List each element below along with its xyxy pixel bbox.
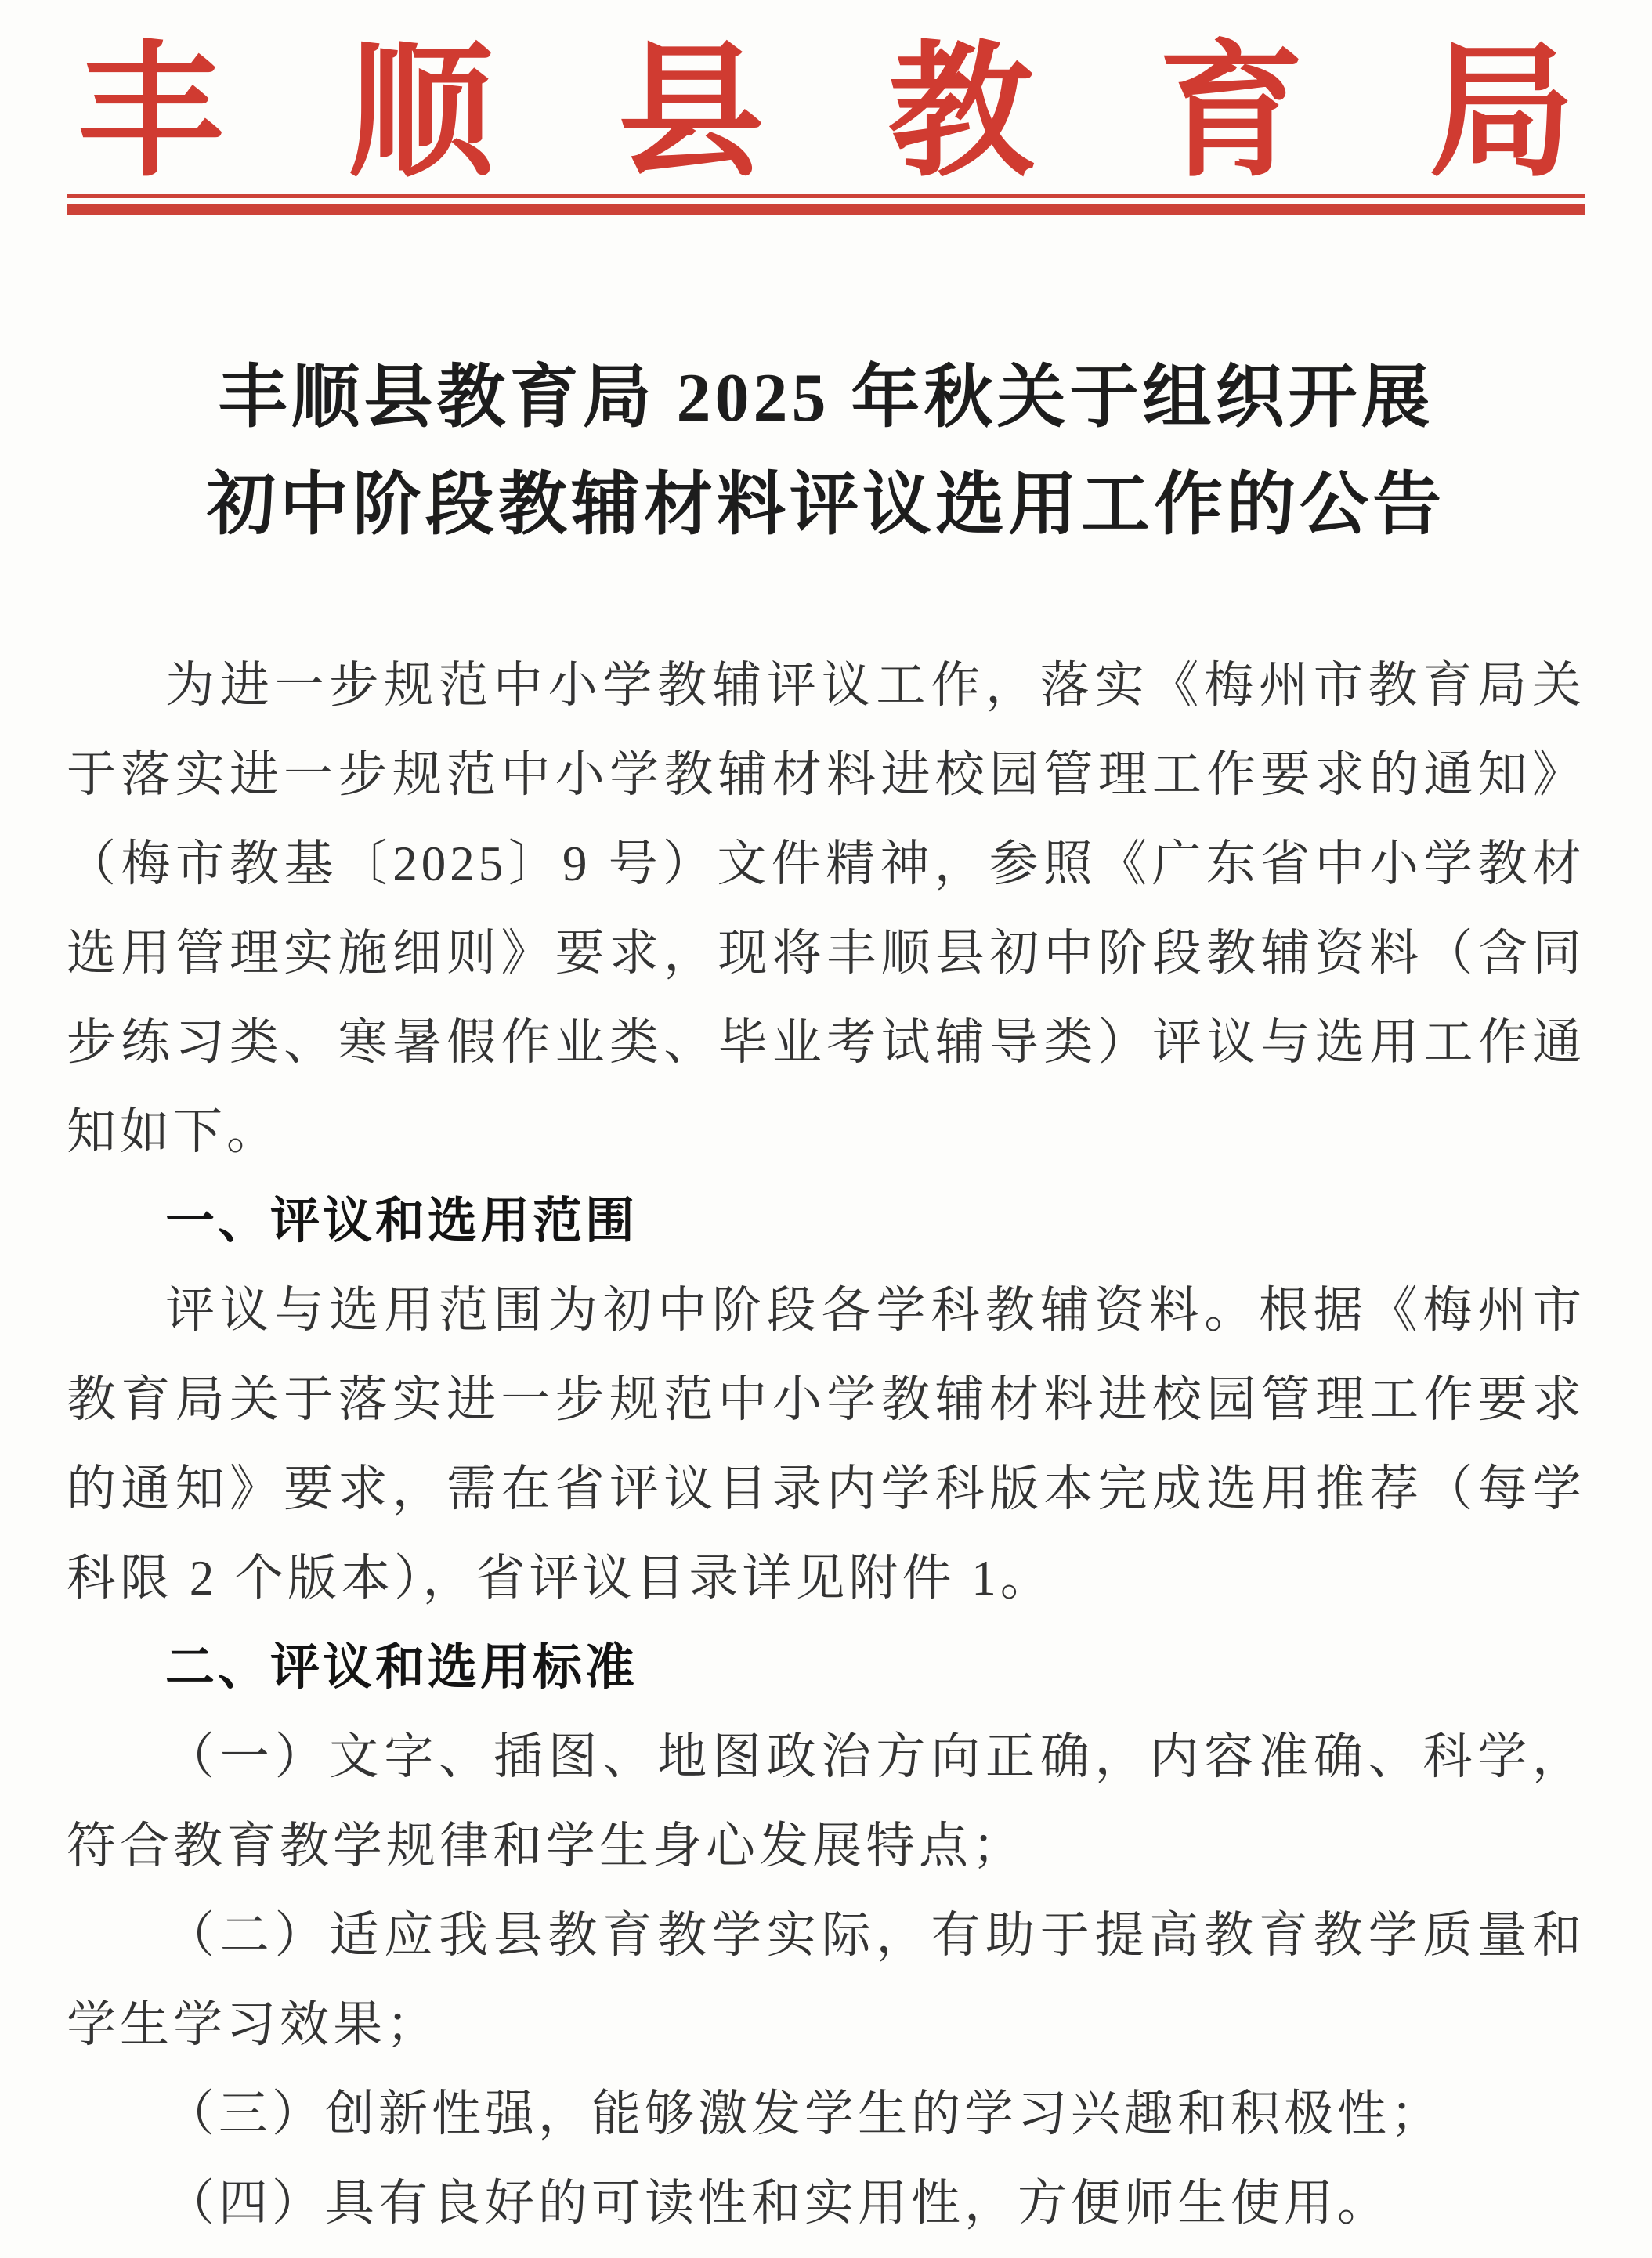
criteria-item-1: （一）文字、插图、地图政治方向正确，内容准确、科学，符合教育教学规律和学生身心发… (67, 1712, 1585, 1891)
document-page: 丰 顺 县 教 育 局 丰顺县教育局 2025 年秋关于组织开展 初中阶段教辅材… (0, 0, 1652, 2258)
intro-paragraph: 为进一步规范中小学教辅评议工作，落实《梅州市教育局关于落实进一步规范中小学教辅材… (67, 641, 1585, 1176)
criteria-item-3: （三）创新性强，能够激发学生的学习兴趣和积极性； (67, 2069, 1585, 2159)
criteria-item-2: （二）适应我县教育教学实际，有助于提高教育教学质量和学生学习效果； (67, 1891, 1585, 2069)
document-body: 为进一步规范中小学教辅评议工作，落实《梅州市教育局关于落实进一步规范中小学教辅材… (67, 641, 1585, 2248)
divider-thick-line (67, 204, 1585, 215)
letterhead-divider (67, 194, 1585, 215)
section-heading-scope: 一、评议和选用范围 (67, 1176, 1585, 1266)
document-title: 丰顺县教育局 2025 年秋关于组织开展 初中阶段教辅材料评议选用工作的公告 (67, 345, 1585, 559)
agency-letterhead-char: 教 (888, 41, 1034, 186)
criteria-item-4: （四）具有良好的可读性和实用性，方便师生使用。 (67, 2159, 1585, 2248)
agency-letterhead: 丰 顺 县 教 育 局 (67, 0, 1585, 186)
document-title-line-2: 初中阶段教辅材料评议选用工作的公告 (67, 452, 1585, 559)
section-heading-criteria: 二、评议和选用标准 (67, 1623, 1585, 1712)
document-title-line-1: 丰顺县教育局 2025 年秋关于组织开展 (67, 345, 1585, 452)
agency-letterhead-char: 顺 (348, 41, 493, 186)
scope-paragraph: 评议与选用范围为初中阶段各学科教辅资料。根据《梅州市教育局关于落实进一步规范中小… (67, 1266, 1585, 1623)
agency-letterhead-char: 丰 (78, 41, 223, 186)
divider-gap (67, 198, 1585, 204)
agency-letterhead-char: 县 (618, 41, 764, 186)
agency-letterhead-char: 局 (1429, 41, 1574, 186)
agency-letterhead-char: 育 (1159, 41, 1304, 186)
